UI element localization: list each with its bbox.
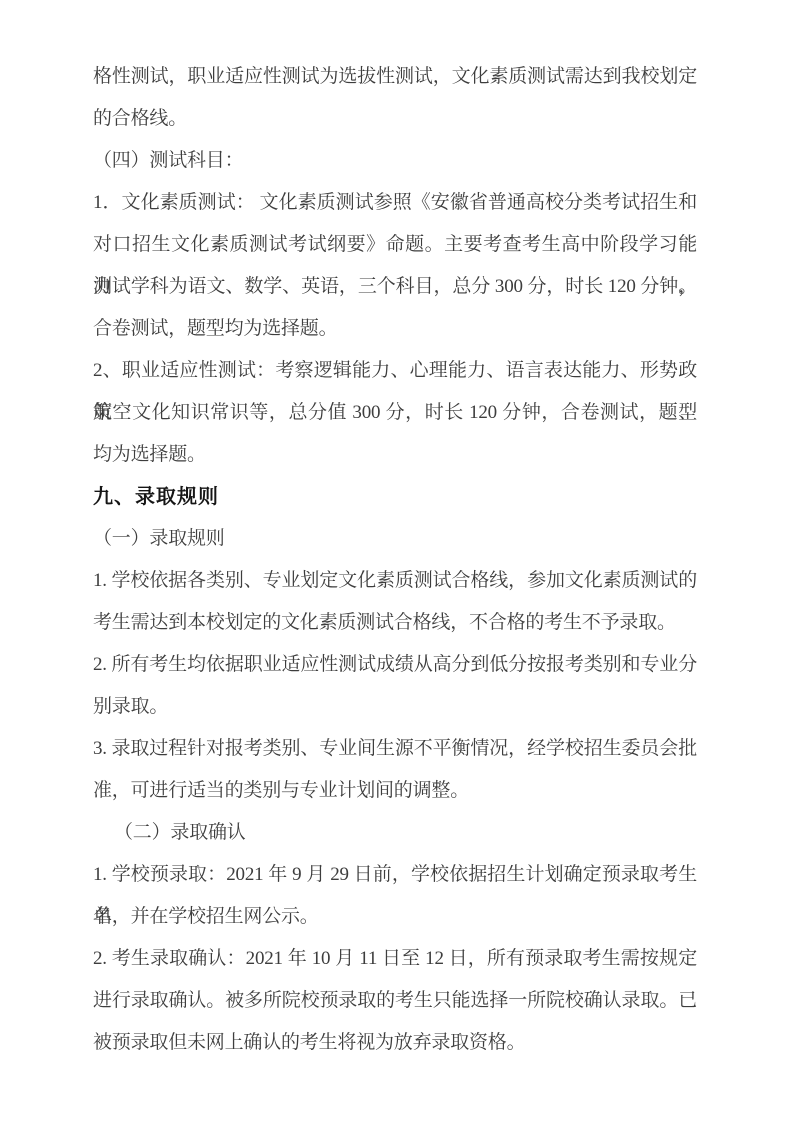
text-line: （二）录取确认 xyxy=(93,812,697,854)
text-line: 2. 考生录取确认：2021 年 10 月 11 日至 12 日，所有预录取考生… xyxy=(93,938,697,980)
text-line: 单，并在学校招生网公示。 xyxy=(93,896,697,938)
text-line: 格性测试，职业适应性测试为选拔性测试，文化素质测试需达到我校划定 xyxy=(93,56,697,98)
paragraph: （一）录取规则 xyxy=(93,518,697,560)
text-line: 的合格线。 xyxy=(93,98,697,140)
paragraph: （二）录取确认 xyxy=(93,812,697,854)
paragraph: 2、职业适应性测试：考察逻辑能力、心理能力、语言表达能力、形势政策、航空文化知识… xyxy=(93,350,697,476)
text-line: （四）测试科目： xyxy=(93,140,697,182)
text-line: 2、职业适应性测试：考察逻辑能力、心理能力、语言表达能力、形势政策、 xyxy=(93,350,697,392)
text-line: 2. 所有考生均依据职业适应性测试成绩从高分到低分按报考类别和专业分 xyxy=(93,644,697,686)
text-line: 进行录取确认。被多所院校预录取的考生只能选择一所院校确认录取。已 xyxy=(93,980,697,1022)
text-line: 被预录取但未网上确认的考生将视为放弃录取资格。 xyxy=(93,1022,697,1064)
text-line: 别录取。 xyxy=(93,686,697,728)
text-line: 1．文化素质测试： 文化素质测试参照《安徽省普通高校分类考试招生和 xyxy=(93,182,697,224)
text-line: （一）录取规则 xyxy=(93,518,697,560)
paragraph: 1．文化素质测试： 文化素质测试参照《安徽省普通高校分类考试招生和对口招生文化素… xyxy=(93,182,697,350)
heading-line: 九、录取规则 xyxy=(93,476,697,518)
text-line: 均为选择题。 xyxy=(93,434,697,476)
text-line: 测试学科为语文、数学、英语，三个科目，总分 300 分，时长 120 分钟。 xyxy=(93,266,697,308)
text-line: 航空文化知识常识等，总分值 300 分，时长 120 分钟，合卷测试，题型 xyxy=(93,392,697,434)
text-line: 1. 学校依据各类别、专业划定文化素质测试合格线，参加文化素质测试的 xyxy=(93,560,697,602)
paragraph: 2. 考生录取确认：2021 年 10 月 11 日至 12 日，所有预录取考生… xyxy=(93,938,697,1064)
paragraph: 3. 录取过程针对报考类别、专业间生源不平衡情况，经学校招生委员会批准，可进行适… xyxy=(93,728,697,812)
paragraph: 格性测试，职业适应性测试为选拔性测试，文化素质测试需达到我校划定的合格线。 xyxy=(93,56,697,140)
text-line: 对口招生文化素质测试考试纲要》命题。主要考查考生高中阶段学习能力， xyxy=(93,224,697,266)
text-line: 考生需达到本校划定的文化素质测试合格线，不合格的考生不予录取。 xyxy=(93,602,697,644)
section-heading: 九、录取规则 xyxy=(93,476,697,518)
paragraph: 1. 学校依据各类别、专业划定文化素质测试合格线，参加文化素质测试的考生需达到本… xyxy=(93,560,697,644)
text-line: 合卷测试，题型均为选择题。 xyxy=(93,308,697,350)
text-line: 3. 录取过程针对报考类别、专业间生源不平衡情况，经学校招生委员会批 xyxy=(93,728,697,770)
text-line: 准，可进行适当的类别与专业计划间的调整。 xyxy=(93,770,697,812)
document-page: 格性测试，职业适应性测试为选拔性测试，文化素质测试需达到我校划定的合格线。（四）… xyxy=(93,56,697,1064)
text-line: 1. 学校预录取：2021 年 9 月 29 日前，学校依据招生计划确定预录取考… xyxy=(93,854,697,896)
paragraph: 2. 所有考生均依据职业适应性测试成绩从高分到低分按报考类别和专业分别录取。 xyxy=(93,644,697,728)
paragraph: 1. 学校预录取：2021 年 9 月 29 日前，学校依据招生计划确定预录取考… xyxy=(93,854,697,938)
paragraph: （四）测试科目： xyxy=(93,140,697,182)
